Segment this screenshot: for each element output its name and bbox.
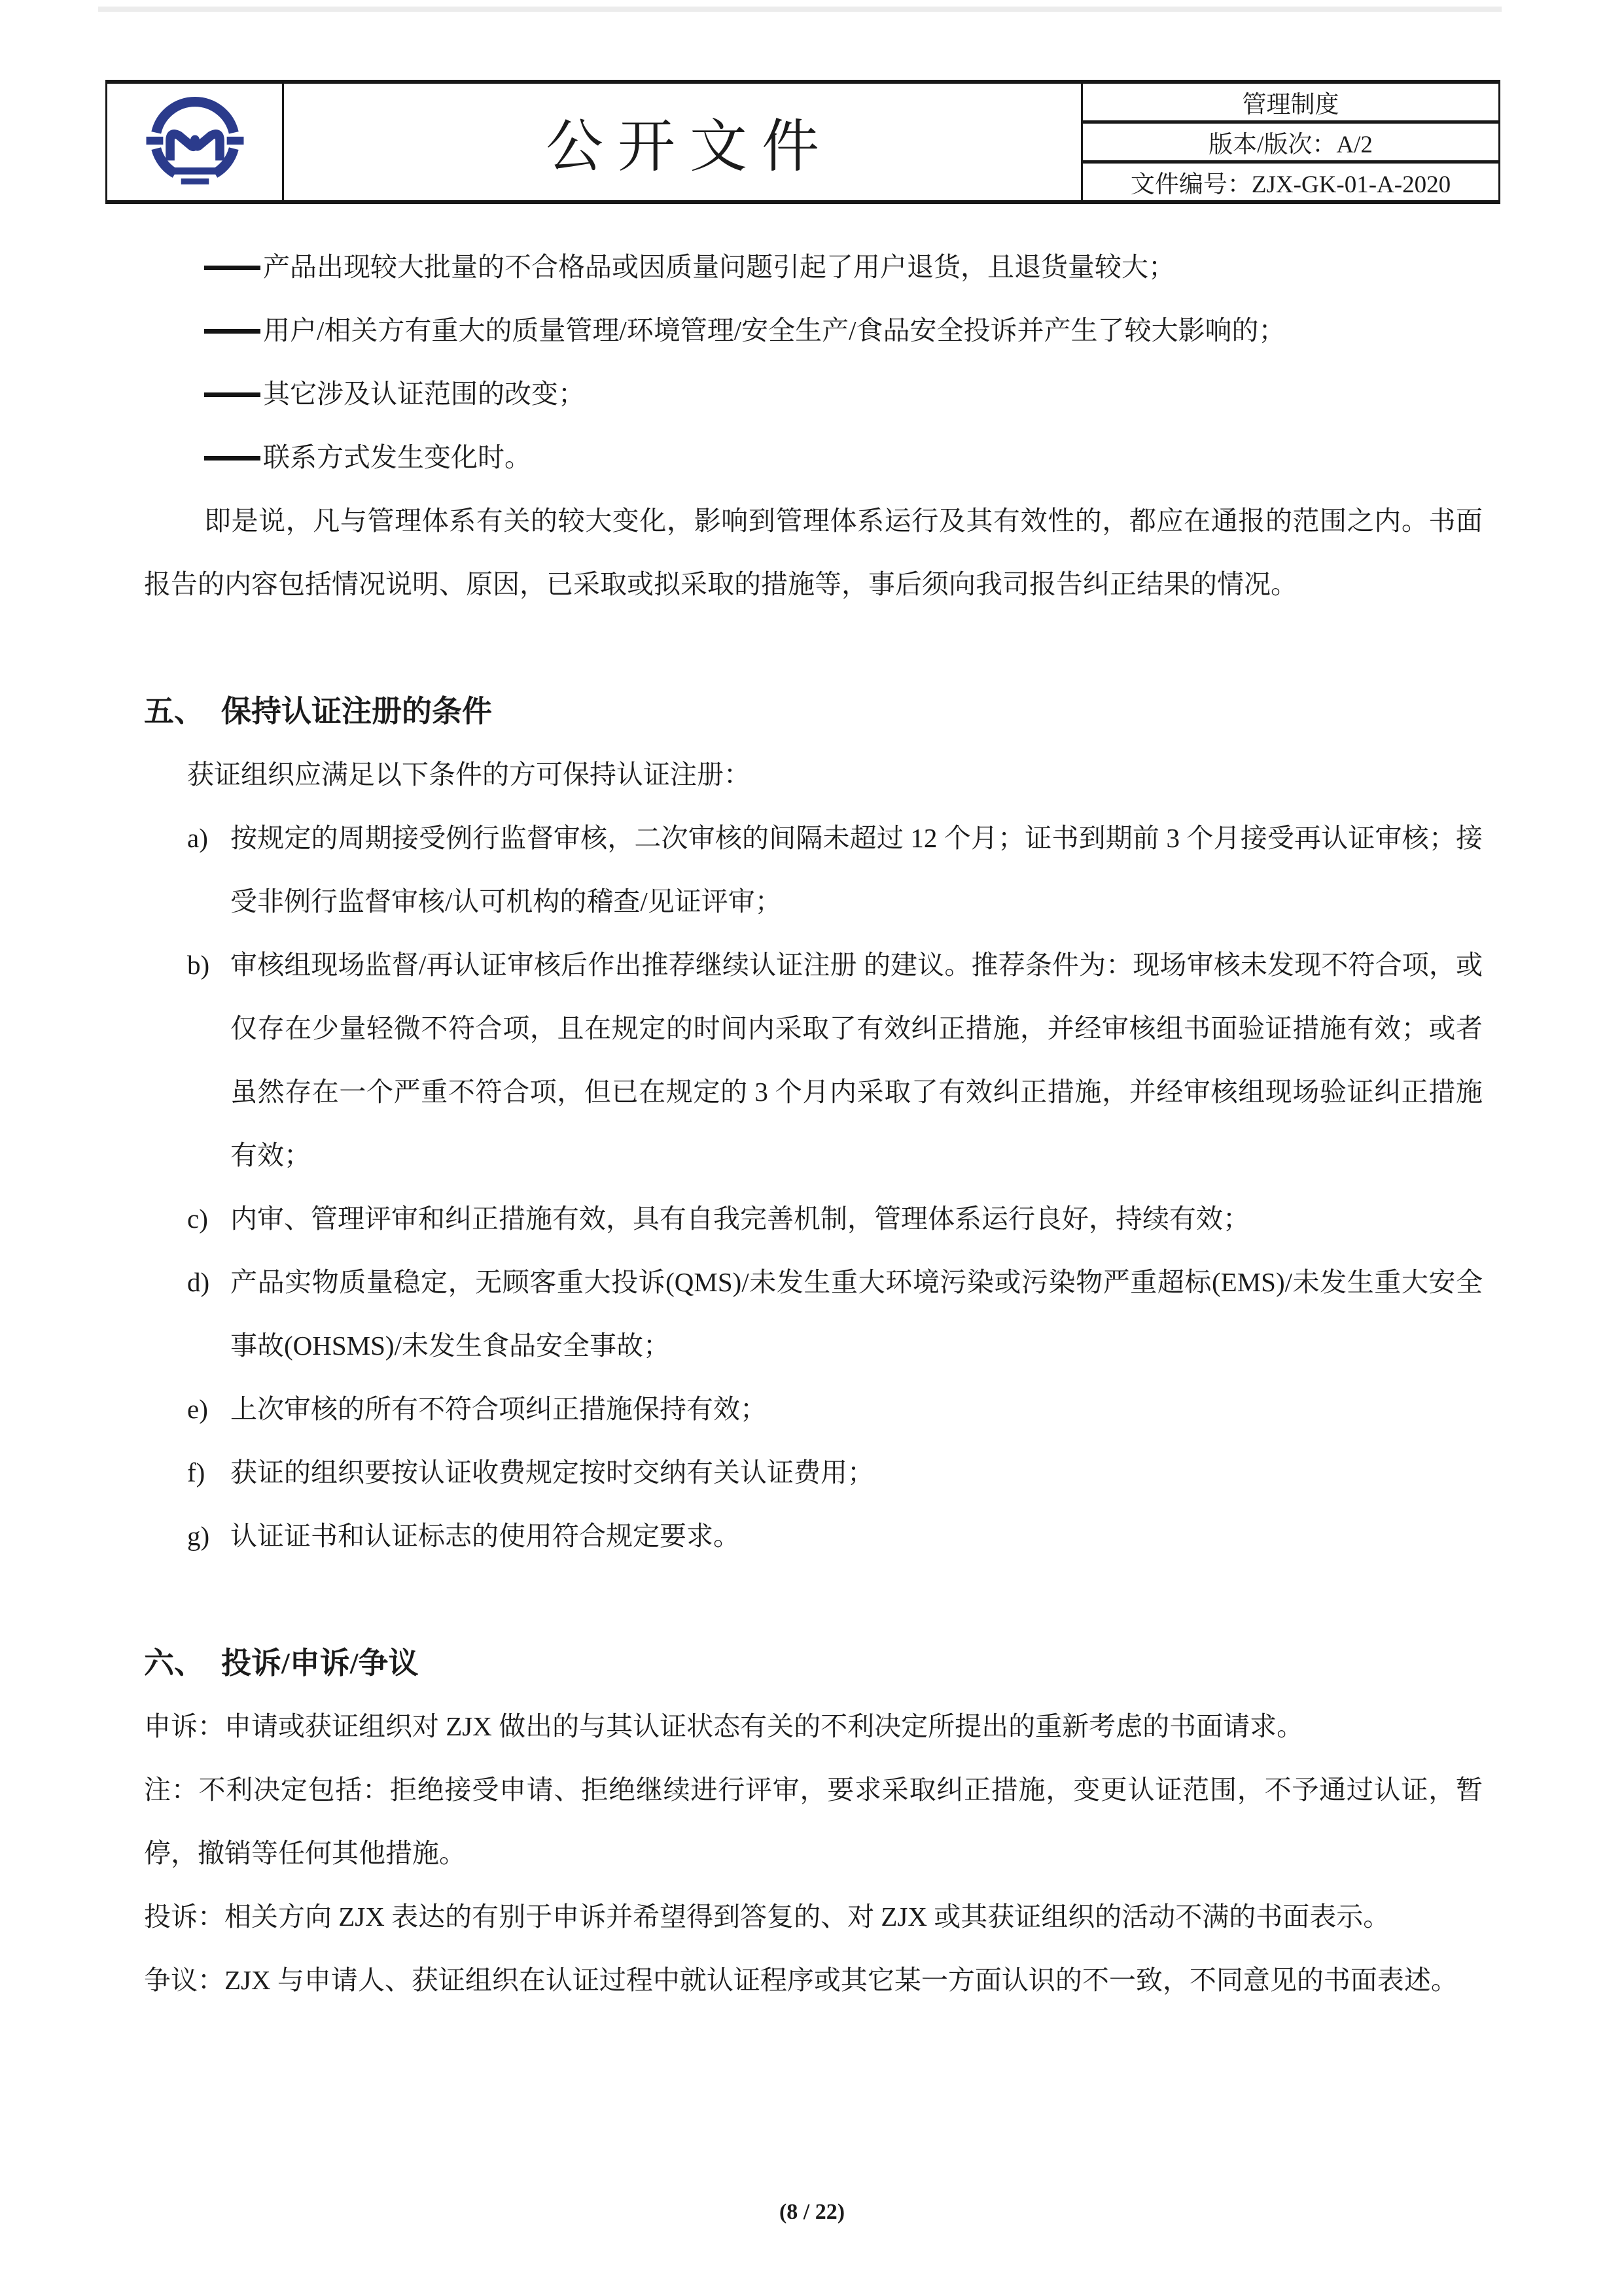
list-marker: a) — [187, 807, 208, 870]
change-notice-text: 用户/相关方有重大的质量管理/环境管理/安全生产/食品安全投诉并产生了较大影响的… — [263, 315, 1286, 345]
list-item-f: f)获证的组织要按认证收费规定按时交纳有关认证费用； — [144, 1441, 1483, 1505]
list-text: 内审、管理评审和纠正措施有效，具有自我完善机制，管理体系运行良好，持续有效； — [230, 1204, 1250, 1234]
document-page: 公开文件 管理制度 版本/版次：A/2 文件编号：ZJX-GK-01-A-202… — [0, 0, 1624, 2296]
definition-complaint: 投诉：相关方向 ZJX 表达的有别于申诉并希望得到答复的、对 ZJX 或其获证组… — [144, 1885, 1483, 1949]
section5-number: 五、 — [144, 680, 204, 743]
list-item-b: b)审核组现场监督/再认证审核后作出推荐继续认证注册 的建议。推荐条件为：现场审… — [144, 933, 1483, 1187]
list-marker: c) — [187, 1187, 208, 1251]
company-logo-icon — [145, 91, 245, 194]
change-notice-text: 产品出现较大批量的不合格品或因质量问题引起了用户退货，且退货量较大； — [263, 252, 1175, 282]
section6-number: 六、 — [144, 1631, 204, 1695]
definition-appeal: 申诉：申请或获证组织对 ZJX 做出的与其认证状态有关的不利决定所提出的重新考虑… — [144, 1695, 1483, 1758]
definition-note: 注：不利决定包括：拒绝接受申请、拒绝继续进行评审，要求采取纠正措施，变更认证范围… — [144, 1758, 1483, 1885]
em-dash-icon — [204, 456, 260, 461]
document-body: 产品出现较大批量的不合格品或因质量问题引起了用户退货，且退货量较大； 用户/相关… — [144, 235, 1483, 2012]
info-cell: 管理制度 版本/版次：A/2 文件编号：ZJX-GK-01-A-2020 — [1081, 84, 1498, 200]
change-notice-item: 其它涉及认证范围的改变； — [144, 362, 1483, 426]
list-text: 按规定的周期接受例行监督审核，二次审核的间隔未超过 12 个月；证书到期前 3 … — [230, 823, 1483, 916]
list-marker: g) — [187, 1505, 209, 1568]
document-title: 公开文件 — [531, 101, 834, 183]
list-marker: d) — [187, 1251, 209, 1314]
scan-artifact — [98, 7, 1502, 12]
list-text: 获证的组织要按认证收费规定按时交纳有关认证费用； — [230, 1457, 874, 1487]
change-notice-text: 联系方式发生变化时。 — [263, 442, 531, 472]
list-item-a: a)按规定的周期接受例行监督审核，二次审核的间隔未超过 12 个月；证书到期前 … — [144, 807, 1483, 933]
change-notice-item: 用户/相关方有重大的质量管理/环境管理/安全生产/食品安全投诉并产生了较大影响的… — [144, 299, 1483, 362]
notice-paragraph: 即是说，凡与管理体系有关的较大变化，影响到管理体系运行及其有效性的，都应在通报的… — [144, 489, 1483, 616]
change-notice-text: 其它涉及认证范围的改变； — [263, 379, 585, 409]
logo-cell — [107, 84, 284, 200]
section5-title: 保持认证注册的条件 — [221, 695, 492, 728]
em-dash-icon — [204, 266, 260, 270]
list-item-c: c)内审、管理评审和纠正措施有效，具有自我完善机制，管理体系运行良好，持续有效； — [144, 1187, 1483, 1251]
page-number: (8 / 22) — [0, 2193, 1624, 2232]
section6-title: 投诉/申诉/争议 — [221, 1646, 419, 1680]
section5-intro: 获证组织应满足以下条件的方可保持认证注册： — [144, 743, 1483, 807]
list-item-e: e)上次审核的所有不符合项纠正措施保持有效； — [144, 1378, 1483, 1441]
definition-dispute: 争议：ZJX 与申请人、获证组织在认证过程中就认证程序或其它某一方面认识的不一致… — [144, 1949, 1483, 2012]
list-item-g: g)认证证书和认证标志的使用符合规定要求。 — [144, 1505, 1483, 1568]
doc-category: 管理制度 — [1083, 84, 1498, 120]
list-text: 审核组现场监督/再认证审核后作出推荐继续认证注册 的建议。推荐条件为：现场审核未… — [230, 950, 1483, 1170]
change-notice-item: 产品出现较大批量的不合格品或因质量问题引起了用户退货，且退货量较大； — [144, 235, 1483, 299]
change-notice-item: 联系方式发生变化时。 — [144, 426, 1483, 489]
list-text: 认证证书和认证标志的使用符合规定要求。 — [230, 1521, 740, 1551]
section6-heading: 六、投诉/申诉/争议 — [144, 1631, 1483, 1695]
section5-heading: 五、保持认证注册的条件 — [144, 680, 1483, 743]
list-text: 上次审核的所有不符合项纠正措施保持有效； — [230, 1394, 767, 1424]
list-marker: e) — [187, 1378, 208, 1441]
list-text: 产品实物质量稳定，无顾客重大投诉(QMS)/未发生重大环境污染或污染物严重超标(… — [230, 1267, 1483, 1361]
header-table: 公开文件 管理制度 版本/版次：A/2 文件编号：ZJX-GK-01-A-202… — [105, 80, 1500, 204]
list-marker: f) — [187, 1441, 205, 1505]
title-cell: 公开文件 — [284, 84, 1081, 200]
em-dash-icon — [204, 392, 260, 397]
doc-version: 版本/版次：A/2 — [1083, 120, 1498, 160]
list-item-d: d)产品实物质量稳定，无顾客重大投诉(QMS)/未发生重大环境污染或污染物严重超… — [144, 1251, 1483, 1378]
doc-number: 文件编号：ZJX-GK-01-A-2020 — [1083, 160, 1498, 200]
list-marker: b) — [187, 933, 209, 997]
em-dash-icon — [204, 329, 260, 334]
